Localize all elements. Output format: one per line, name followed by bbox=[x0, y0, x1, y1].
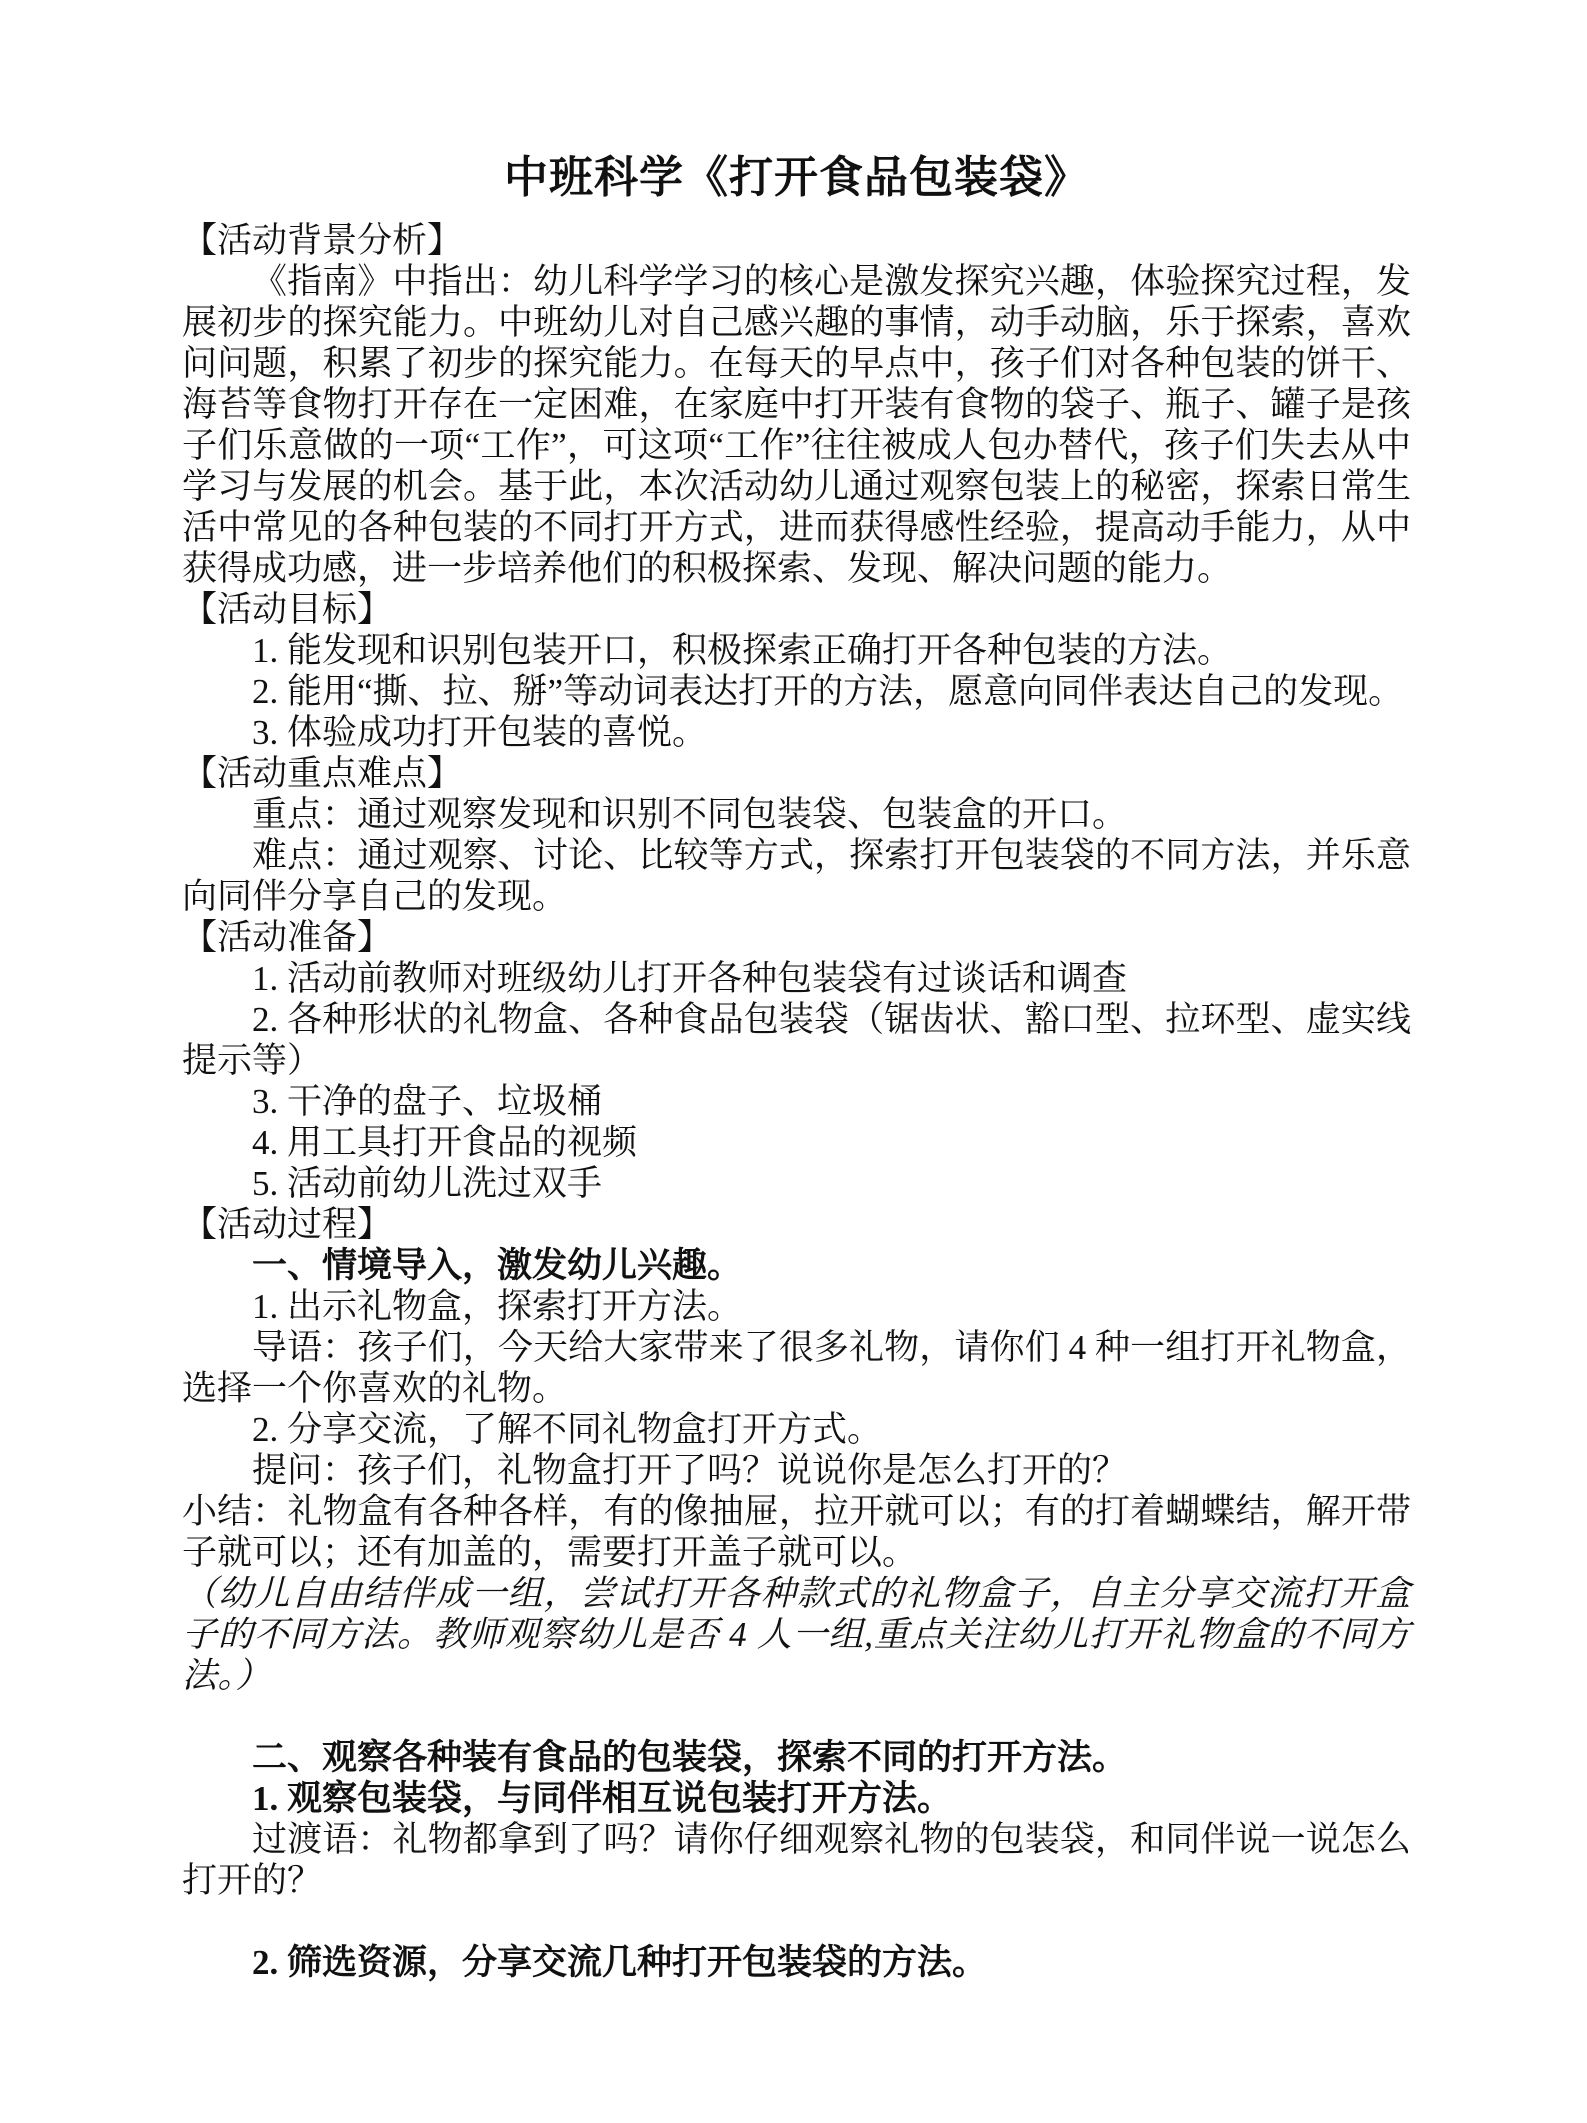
process-step-2-title: 二、观察各种装有食品的包装袋，探索不同的打开方法。 bbox=[182, 1737, 1411, 1778]
prep-item-1: 1. 活动前教师对班级幼儿打开各种包装袋有过谈话和调查 bbox=[182, 958, 1411, 999]
prep-item-3: 3. 干净的盘子、垃圾桶 bbox=[182, 1081, 1411, 1122]
section-heading-preparation: 【活动准备】 bbox=[182, 917, 1411, 958]
section-heading-goals: 【活动目标】 bbox=[182, 589, 1411, 630]
section-heading-key-points: 【活动重点难点】 bbox=[182, 753, 1411, 794]
section-heading-process: 【活动过程】 bbox=[182, 1204, 1411, 1245]
process-step-1-lead-in: 导语：孩子们，今天给大家带来了很多礼物，请你们 4 种一组打开礼物盒，选择一个你… bbox=[182, 1327, 1411, 1409]
prep-item-4: 4. 用工具打开食品的视频 bbox=[182, 1122, 1411, 1163]
process-step-1-item-1: 1. 出示礼物盒，探索打开方法。 bbox=[182, 1286, 1411, 1327]
prep-item-5: 5. 活动前幼儿洗过双手 bbox=[182, 1163, 1411, 1204]
document-page: 中班科学《打开食品包装袋》 【活动背景分析】 《指南》中指出：幼儿科学学习的核心… bbox=[0, 0, 1587, 2123]
process-step-1-item-2: 2. 分享交流，了解不同礼物盒打开方式。 bbox=[182, 1409, 1411, 1450]
goal-item-1: 1. 能发现和识别包装开口，积极探索正确打开各种包装的方法。 bbox=[182, 630, 1411, 671]
goal-item-2: 2. 能用“撕、拉、掰”等动词表达打开的方法，愿意向同伴表达自己的发现。 bbox=[182, 671, 1411, 712]
process-step-2-item-2: 2. 筛选资源，分享交流几种打开包装袋的方法。 bbox=[182, 1942, 1411, 1983]
process-step-2-item-1: 1. 观察包装袋，与同伴相互说包装打开方法。 bbox=[182, 1778, 1411, 1819]
goal-item-3: 3. 体验成功打开包装的喜悦。 bbox=[182, 712, 1411, 753]
teacher-note: （幼儿自由结伴成一组，尝试打开各种款式的礼物盒子，自主分享交流打开盒子的不同方法… bbox=[182, 1573, 1411, 1696]
blank-line bbox=[182, 1901, 1411, 1942]
prep-item-2: 2. 各种形状的礼物盒、各种食品包装袋（锯齿状、豁口型、拉环型、虚实线提示等） bbox=[182, 999, 1411, 1081]
process-step-1-question: 提问：孩子们，礼物盒打开了吗？说说你是怎么打开的？ bbox=[182, 1450, 1411, 1491]
blank-line bbox=[182, 1696, 1411, 1737]
process-step-1-title: 一、情境导入，激发幼儿兴趣。 bbox=[182, 1245, 1411, 1286]
process-step-1-summary: 小结：礼物盒有各种各样，有的像抽屉，拉开就可以；有的打着蝴蝶结，解开带子就可以；… bbox=[182, 1491, 1411, 1573]
section-heading-background: 【活动背景分析】 bbox=[182, 220, 1411, 261]
key-point-difficulty: 难点：通过观察、讨论、比较等方式，探索打开包装袋的不同方法，并乐意向同伴分享自己… bbox=[182, 835, 1411, 917]
process-step-2-transition: 过渡语：礼物都拿到了吗？请你仔细观察礼物的包装袋，和同伴说一说怎么打开的？ bbox=[182, 1819, 1411, 1901]
key-point-focus: 重点：通过观察发现和识别不同包装袋、包装盒的开口。 bbox=[182, 794, 1411, 835]
paragraph-background: 《指南》中指出：幼儿科学学习的核心是激发探究兴趣，体验探究过程，发展初步的探究能… bbox=[182, 261, 1411, 589]
doc-title: 中班科学《打开食品包装袋》 bbox=[182, 150, 1411, 206]
